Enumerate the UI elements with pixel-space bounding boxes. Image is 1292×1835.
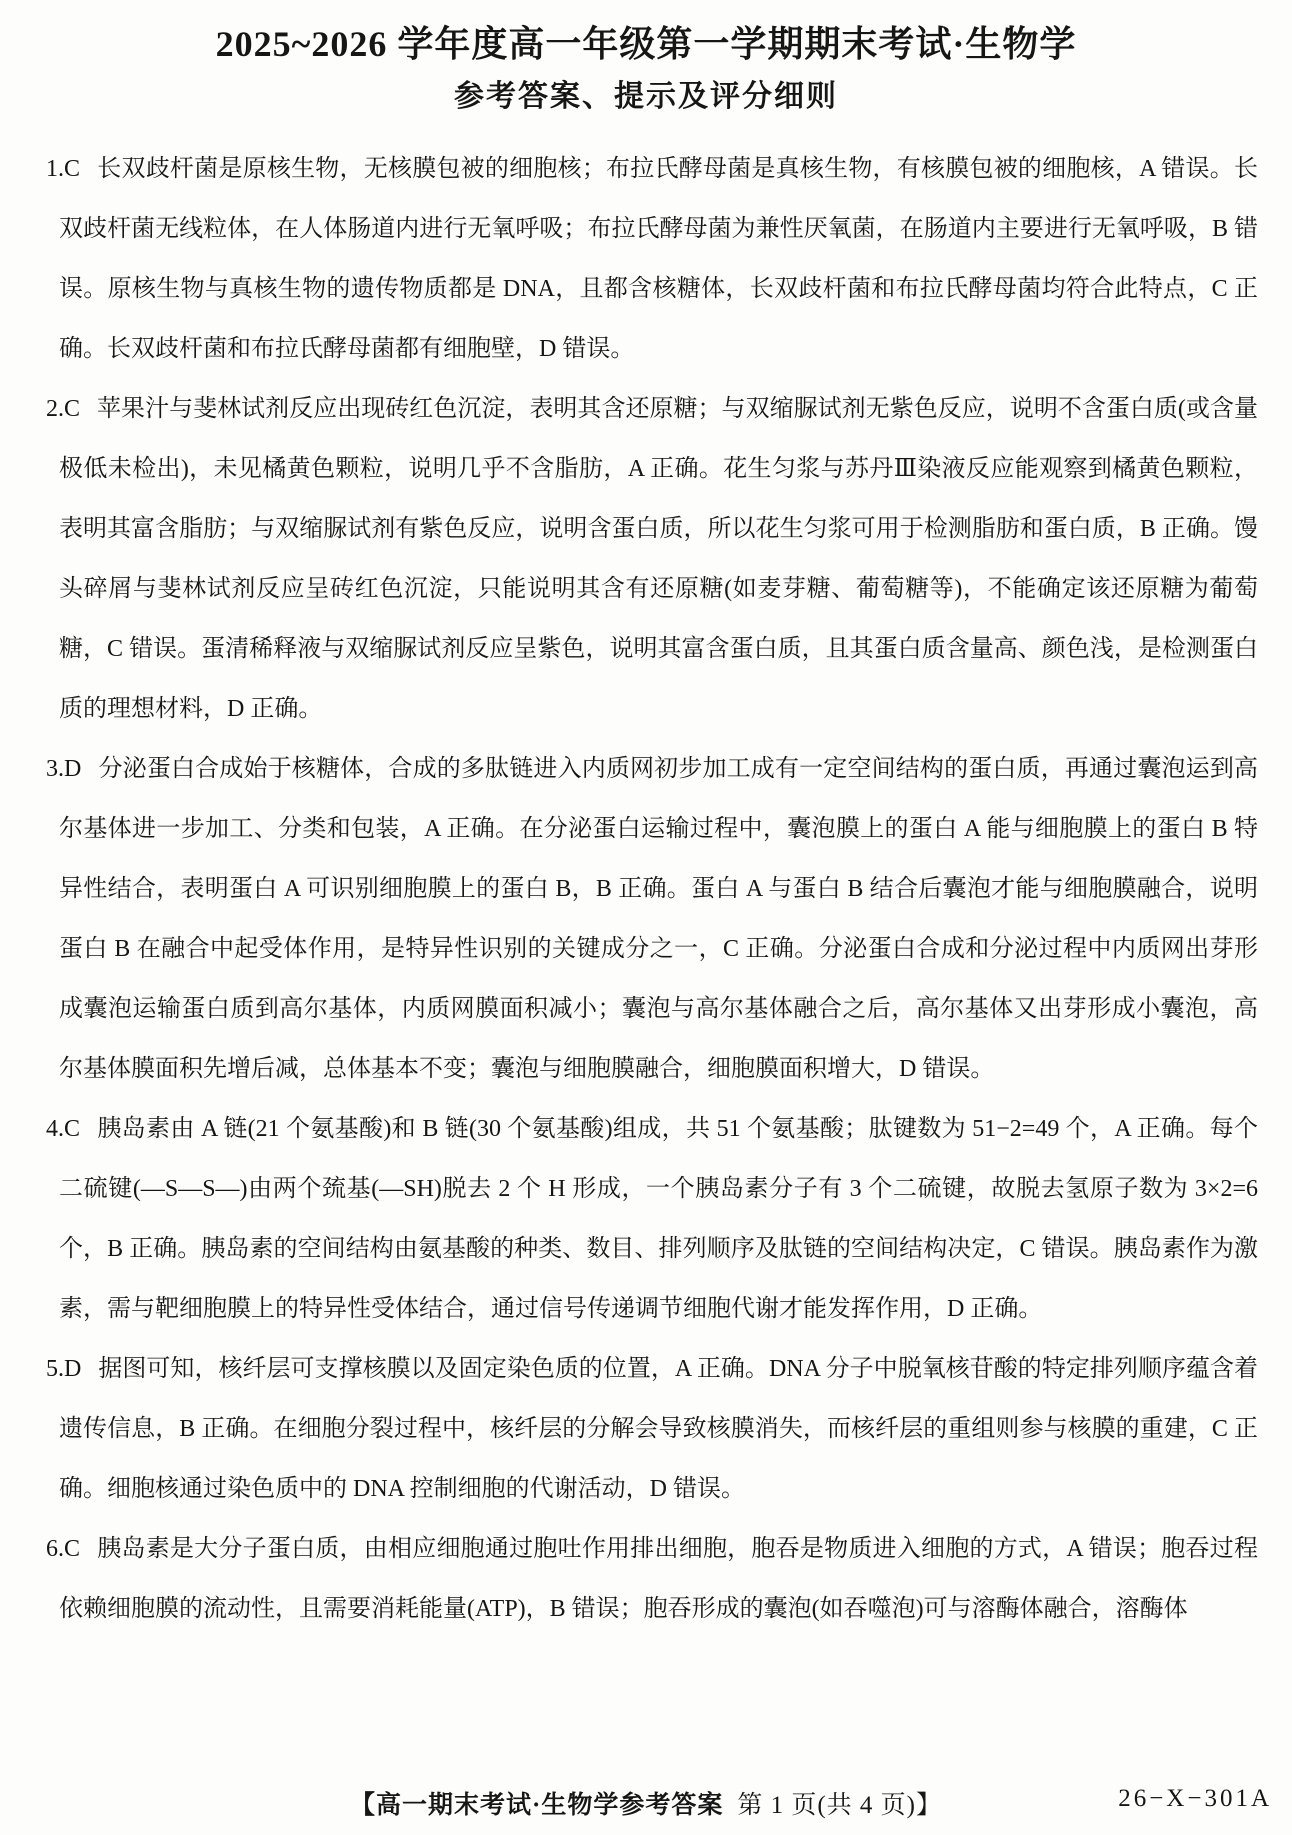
answer-label: 6.C bbox=[46, 1536, 80, 1562]
answer-item-3: 3.D分泌蛋白合成始于核糖体，合成的多肽链进入内质网初步加工成有一定空间结构的蛋… bbox=[46, 739, 1258, 1099]
answer-label: 2.C bbox=[46, 396, 80, 422]
answer-text: 长双歧杆菌是原核生物，无核膜包被的细胞核；布拉氏酵母菌是真核生物，有核膜包被的细… bbox=[59, 156, 1258, 362]
answer-text: 分泌蛋白合成始于核糖体，合成的多肽链进入内质网初步加工成有一定空间结构的蛋白质，… bbox=[59, 756, 1258, 1082]
answer-item-1: 1.C长双歧杆菌是原核生物，无核膜包被的细胞核；布拉氏酵母菌是真核生物，有核膜包… bbox=[46, 139, 1258, 379]
answer-label: 4.C bbox=[46, 1116, 80, 1142]
answer-text: 胰岛素是大分子蛋白质，由相应细胞通过胞吐作用排出细胞，胞吞是物质进入细胞的方式，… bbox=[59, 1536, 1258, 1622]
answer-label: 5.D bbox=[46, 1356, 81, 1382]
answers-list: 1.C长双歧杆菌是原核生物，无核膜包被的细胞核；布拉氏酵母菌是真核生物，有核膜包… bbox=[46, 139, 1258, 1639]
answer-text: 据图可知，核纤层可支撑核膜以及固定染色质的位置，A 正确。DNA 分子中脱氧核苷… bbox=[59, 1356, 1258, 1502]
footer-paper-code: 26−X−301A bbox=[1118, 1785, 1272, 1813]
answer-text: 苹果汁与斐林试剂反应出现砖红色沉淀，表明其含还原糖；与双缩脲试剂无紫色反应，说明… bbox=[59, 396, 1258, 722]
answer-item-5: 5.D据图可知，核纤层可支撑核膜以及固定染色质的位置，A 正确。DNA 分子中脱… bbox=[46, 1339, 1258, 1519]
footer-exam-name: 【高一期末考试· bbox=[350, 1792, 541, 1819]
answer-key-page: 2025~2026 学年度高一年级第一学期期末考试·生物学 参考答案、提示及评分… bbox=[0, 0, 1292, 1835]
answer-item-6: 6.C胰岛素是大分子蛋白质，由相应细胞通过胞吐作用排出细胞，胞吞是物质进入细胞的… bbox=[46, 1519, 1258, 1639]
footer-caption: 【高一期末考试·生物学参考答案第 1 页(共 4 页)】 bbox=[0, 1785, 1292, 1821]
answer-item-2: 2.C苹果汁与斐林试剂反应出现砖红色沉淀，表明其含还原糖；与双缩脲试剂无紫色反应… bbox=[46, 379, 1258, 739]
answer-label: 1.C bbox=[46, 156, 80, 182]
answer-text: 胰岛素由 A 链(21 个氨基酸)和 B 链(30 个氨基酸)组成，共 51 个… bbox=[59, 1116, 1258, 1322]
page-subtitle: 参考答案、提示及评分细则 bbox=[40, 79, 1252, 115]
footer-subject: 生物学参考答案 bbox=[541, 1791, 723, 1819]
page-footer: 【高一期末考试·生物学参考答案第 1 页(共 4 页)】 26−X−301A bbox=[0, 1785, 1292, 1819]
answer-label: 3.D bbox=[46, 756, 81, 782]
footer-page-number: 第 1 页(共 4 页)】 bbox=[737, 1792, 942, 1819]
page-title: 2025~2026 学年度高一年级第一学期期末考试·生物学 bbox=[40, 22, 1252, 67]
answer-item-4: 4.C胰岛素由 A 链(21 个氨基酸)和 B 链(30 个氨基酸)组成，共 5… bbox=[46, 1099, 1258, 1339]
